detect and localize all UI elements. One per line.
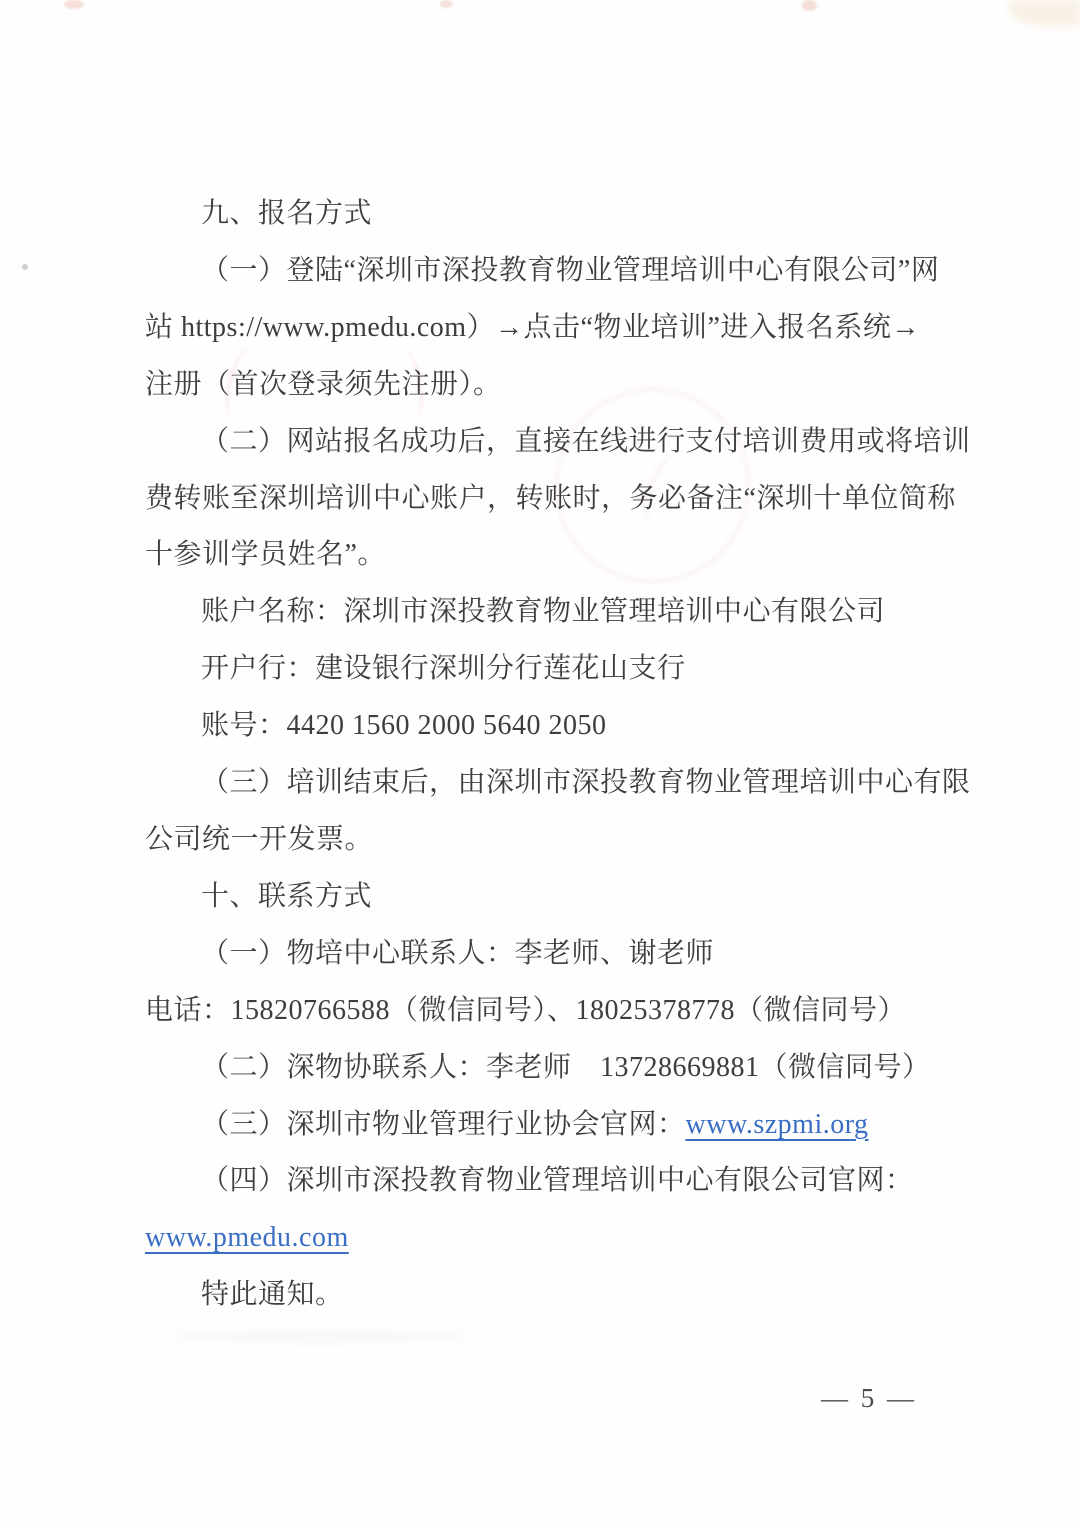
- notice-body: 九、报名方式 （一）登陆“深圳市深投教育物业管理培训中心有限公司”网 站 htt…: [145, 186, 965, 1324]
- scan-artifact-top-corner: [1010, 0, 1080, 26]
- section-9-heading: 九、报名方式: [145, 186, 965, 243]
- contact-item-3-label: （三）深圳市物业管理行业协会官网：: [201, 1109, 686, 1140]
- contact-item-4-link-line: www.pmedu.com: [145, 1210, 965, 1267]
- section-10-heading: 十、联系方式: [145, 869, 965, 926]
- scan-artifact-left-dot: [22, 264, 28, 270]
- scan-artifact-bottom: [170, 1330, 470, 1343]
- pmedu-website-link[interactable]: www.pmedu.com: [145, 1222, 349, 1253]
- registration-item-3-line-1: （三）培训结束后，由深圳市深投教育物业管理培训中心有限: [145, 755, 965, 812]
- account-name-line: 账户名称：深圳市深投教育物业管理培训中心有限公司: [145, 584, 965, 641]
- page-number: — 5 —: [821, 1383, 917, 1414]
- registration-item-2-line-3: 十参训学员姓名”。: [145, 527, 965, 584]
- registration-item-2-line-2: 费转账至深圳培训中心账户，转账时，务必备注“深圳十单位简称: [145, 471, 965, 528]
- registration-item-3-line-2: 公司统一开发票。: [145, 812, 965, 869]
- szpmi-website-link[interactable]: www.szpmi.org: [686, 1109, 869, 1140]
- document-page: 九、报名方式 （一）登陆“深圳市深投教育物业管理培训中心有限公司”网 站 htt…: [0, 0, 1080, 1527]
- bank-branch-line: 开户行：建设银行深圳分行莲花山支行: [145, 641, 965, 698]
- registration-item-2-line-1: （二）网站报名成功后，直接在线进行支付培训费用或将培训: [145, 414, 965, 471]
- scan-artifact-top-3: [802, 0, 817, 11]
- scan-artifact-top-2: [440, 0, 453, 8]
- registration-item-1-line-3: 注册（首次登录须先注册）。: [145, 357, 965, 414]
- contact-item-3-line: （三）深圳市物业管理行业协会官网：www.szpmi.org: [145, 1097, 965, 1154]
- scan-artifact-top-1: [64, 0, 84, 9]
- account-number-line: 账号：4420 1560 2000 5640 2050: [145, 698, 965, 755]
- contact-item-2-line: （二）深物协联系人：李老师 13728669881（微信同号）: [145, 1040, 965, 1097]
- registration-item-1-line-2: 站 https://www.pmedu.com）→点击“物业培训”进入报名系统→: [145, 300, 965, 357]
- contact-item-4-line: （四）深圳市深投教育物业管理培训中心有限公司官网：: [145, 1153, 965, 1210]
- registration-item-1-line-1: （一）登陆“深圳市深投教育物业管理培训中心有限公司”网: [145, 243, 965, 300]
- closing-line: 特此通知。: [145, 1267, 965, 1324]
- contact-item-1-phone-line: 电话：15820766588（微信同号）、18025378778（微信同号）: [145, 983, 965, 1040]
- contact-item-1-line: （一）物培中心联系人：李老师、谢老师: [145, 926, 965, 983]
